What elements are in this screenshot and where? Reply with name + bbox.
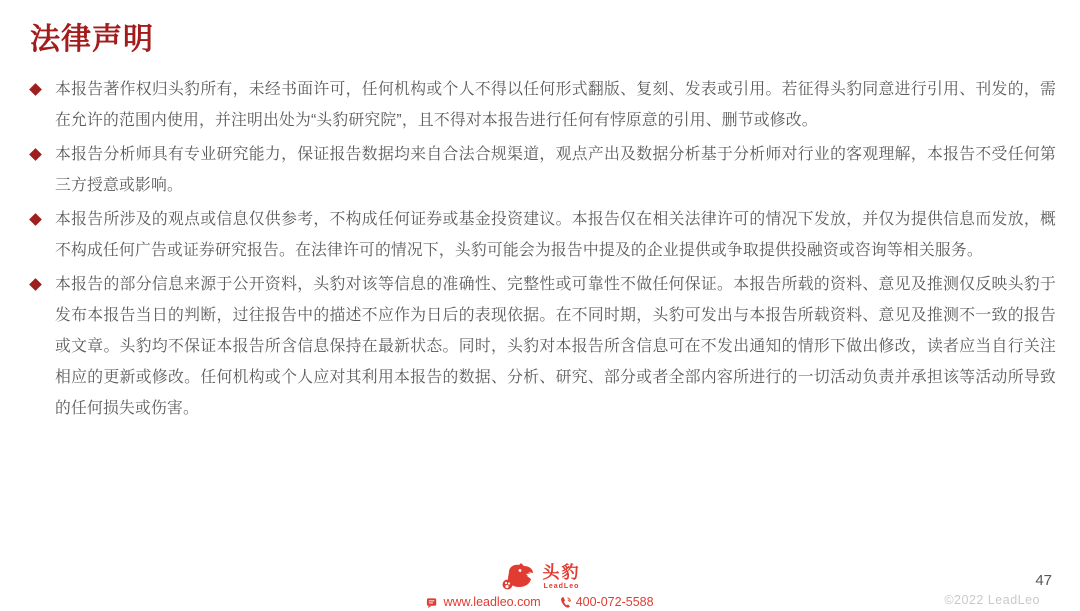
disclaimer-item: 本报告分析师具有专业研究能力，保证报告数据均来自合法合规渠道，观点产出及数据分析… — [30, 139, 1056, 201]
phone-icon — [559, 596, 572, 609]
disclaimer-list: 本报告著作权归头豹所有，未经书面许可，任何机构或个人不得以任何形式翻版、复刻、发… — [30, 74, 1056, 427]
website-icon — [426, 596, 439, 609]
disclaimer-text: 本报告所涉及的观点或信息仅供参考，不构成任何证券或基金投资建议。本报告仅在相关法… — [55, 204, 1056, 266]
diamond-bullet-icon — [29, 148, 42, 161]
brand-name-cn: 头豹 — [543, 564, 581, 581]
diamond-bullet-icon — [29, 278, 42, 291]
leadleo-logo: 头豹 LeadLeo — [500, 562, 581, 592]
brand-text: 头豹 LeadLeo — [543, 564, 581, 590]
leopard-logo-icon — [500, 562, 536, 592]
disclaimer-item: 本报告著作权归头豹所有，未经书面许可，任何机构或个人不得以任何形式翻版、复刻、发… — [30, 74, 1056, 136]
diamond-bullet-icon — [29, 83, 42, 96]
copyright-text: ©2022 LeadLeo — [944, 593, 1040, 607]
phone-text: 400-072-5588 — [576, 595, 654, 609]
disclaimer-text: 本报告著作权归头豹所有，未经书面许可，任何机构或个人不得以任何形式翻版、复刻、发… — [55, 74, 1056, 136]
contact-row: www.leadleo.com 400-072-5588 — [426, 595, 653, 609]
diamond-bullet-icon — [29, 213, 42, 226]
footer: 头豹 LeadLeo www.leadleo.com — [0, 562, 1080, 609]
disclaimer-item: 本报告的部分信息来源于公开资料，头豹对该等信息的准确性、完整性或可靠性不做任何保… — [30, 269, 1056, 424]
disclaimer-text: 本报告的部分信息来源于公开资料，头豹对该等信息的准确性、完整性或可靠性不做任何保… — [55, 269, 1056, 424]
website-item: www.leadleo.com — [426, 595, 540, 609]
page-title: 法律声明 — [30, 14, 154, 58]
page-number: 47 — [1035, 572, 1052, 589]
brand-name-en: LeadLeo — [544, 583, 580, 590]
website-text: www.leadleo.com — [443, 595, 540, 609]
legal-disclaimer-page: 法律声明 本报告著作权归头豹所有，未经书面许可，任何机构或个人不得以任何形式翻版… — [0, 0, 1080, 611]
disclaimer-text: 本报告分析师具有专业研究能力，保证报告数据均来自合法合规渠道，观点产出及数据分析… — [55, 139, 1056, 201]
phone-item: 400-072-5588 — [559, 595, 654, 609]
disclaimer-item: 本报告所涉及的观点或信息仅供参考，不构成任何证券或基金投资建议。本报告仅在相关法… — [30, 204, 1056, 266]
